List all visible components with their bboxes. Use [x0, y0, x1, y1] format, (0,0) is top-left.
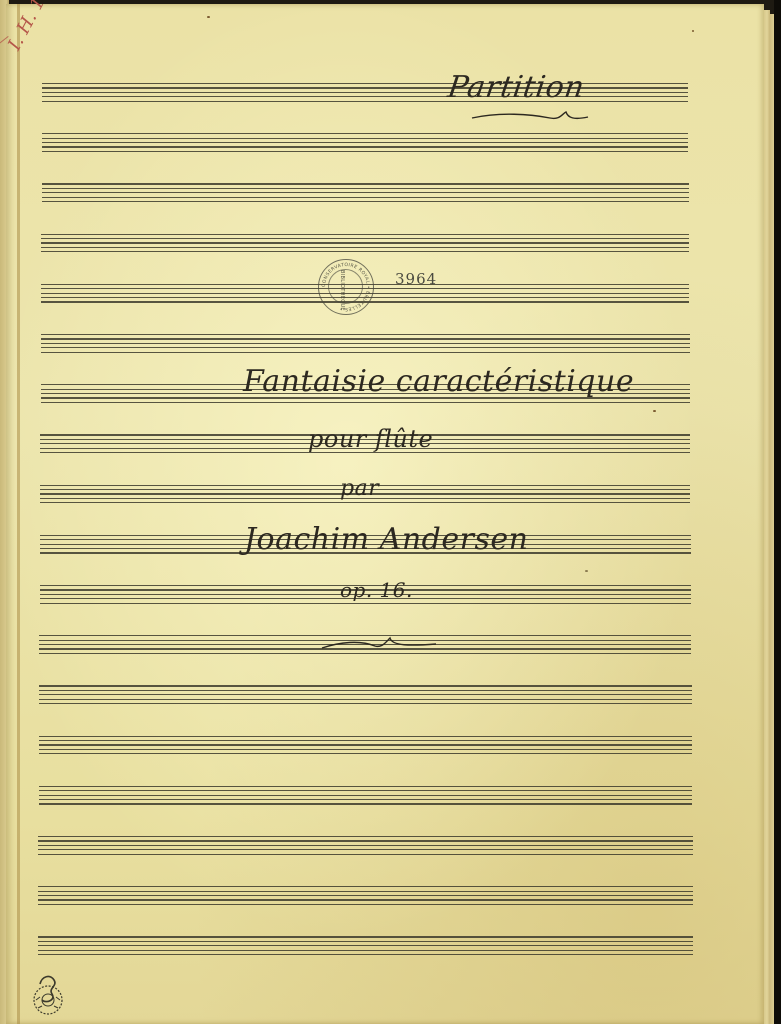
staff-line: [41, 234, 689, 235]
next-leaf-edge: [770, 14, 774, 1024]
staff-line: [39, 685, 692, 686]
staff: [38, 886, 693, 904]
staff-line: [41, 242, 689, 243]
staff-line: [42, 192, 689, 193]
staff-line: [39, 690, 692, 691]
library-emblem-stamp: [24, 970, 72, 1018]
staff-line: [38, 854, 692, 855]
staff-line: [42, 197, 689, 198]
stamp-center-text: BIBLIOTHÈQUE: [339, 270, 345, 311]
staff-line: [39, 740, 692, 741]
closing-flourish: [320, 636, 440, 652]
staff: [41, 334, 690, 352]
staff-line: [38, 899, 693, 900]
staff-line: [42, 151, 689, 152]
staff-line: [42, 201, 689, 202]
staff-line: [39, 694, 692, 695]
staff: [41, 234, 689, 252]
staff-line: [39, 703, 692, 704]
staff-line: [38, 836, 692, 837]
scanned-page-view: I. H. 1058 Partition CONSERVATOIRE ROYAL…: [0, 0, 781, 1024]
staff-line: [38, 950, 693, 951]
binding-gutter: [17, 4, 20, 1024]
staff-line: [42, 138, 689, 139]
work-title: Fantaisie caractéristique: [243, 364, 634, 399]
staff-line: [38, 840, 692, 841]
staff-line: [38, 904, 693, 905]
staff-line: [38, 849, 692, 850]
staff: [39, 786, 693, 804]
staff-line: [39, 790, 693, 791]
manuscript-page: [6, 4, 764, 1024]
staff-line: [39, 799, 693, 800]
opus-number: op. 16.: [340, 578, 413, 602]
staff-line: [40, 502, 690, 503]
staff-line: [38, 845, 692, 846]
staff: [42, 133, 689, 151]
staff-line: [39, 795, 693, 796]
staff-line: [41, 352, 690, 353]
staff-line: [42, 101, 688, 102]
by-line: par: [340, 476, 379, 501]
staff-line: [40, 603, 692, 604]
staff-line: [38, 895, 693, 896]
staff: [42, 183, 689, 201]
library-stamp: CONSERVATOIRE ROYAL • BRUXELLES • BIBLIO…: [318, 259, 374, 315]
staff-line: [41, 347, 690, 348]
staff-line: [41, 238, 689, 239]
staff-line: [39, 749, 692, 750]
staff-line: [42, 92, 688, 93]
staff-line: [42, 133, 689, 134]
staff-line: [41, 251, 689, 252]
staff-line: [39, 803, 693, 804]
staff-line: [38, 954, 693, 955]
staff-line: [42, 142, 689, 143]
staff-line: [41, 247, 689, 248]
staff-line: [39, 653, 691, 654]
next-leaf-edge: [764, 10, 770, 1024]
composer-name: Joachim Andersen: [244, 522, 528, 557]
staff-line: [41, 402, 690, 403]
staff: [39, 685, 692, 703]
shelf-number: 3964: [395, 270, 437, 288]
staff-line: [41, 338, 690, 339]
heading-partition: Partition: [446, 70, 587, 105]
staff-line: [41, 334, 690, 335]
staff-line: [42, 183, 689, 184]
staff-line: [42, 96, 688, 97]
staff-line: [42, 83, 688, 84]
staff-line: [38, 886, 693, 887]
staff-line: [39, 736, 692, 737]
staff: [38, 936, 693, 954]
staff-line: [38, 945, 693, 946]
staff-line: [41, 343, 690, 344]
staff-line: [38, 941, 693, 942]
heading-flourish: [470, 110, 590, 124]
staff-line: [39, 744, 692, 745]
staff: [39, 736, 692, 754]
staff-line: [39, 786, 693, 787]
staff-line: [38, 891, 693, 892]
instrument-line: pour flûte: [308, 425, 433, 453]
scan-background: [774, 0, 781, 1024]
staff-line: [38, 936, 693, 937]
staff: [42, 83, 688, 101]
staff-line: [39, 699, 692, 700]
staff: [38, 836, 692, 854]
staff-line: [42, 146, 689, 147]
stamp-inner-circle: [328, 269, 363, 304]
staff-line: [42, 188, 689, 189]
staff-line: [39, 753, 692, 754]
staff-line: [42, 87, 688, 88]
